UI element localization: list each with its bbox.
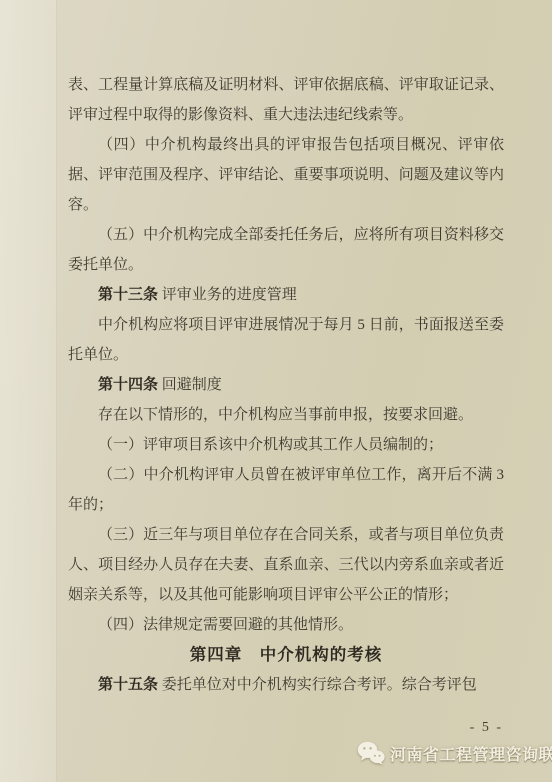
article-number-text: 第十四条 — [98, 376, 158, 393]
paragraph-text: 存在以下情形的，中介机构应当事前申报，按要求回避。 — [98, 407, 473, 423]
document-paragraph: 第十三条 评审业务的进度管理 — [68, 280, 504, 310]
document-paragraph: （四）法律规定需要回避的其他情形。 — [68, 610, 504, 640]
paragraph-text: （一）评审项目系该中介机构或其工作人员编制的； — [98, 437, 443, 453]
paragraph-text: 评审业务的进度管理 — [158, 287, 297, 303]
paragraph-text: （三）近三年与项目单位存在合同关系，或者与项目单位负责人、项目经办人员存在夫妻、… — [68, 527, 504, 603]
document-paragraph: 存在以下情形的，中介机构应当事前申报，按要求回避。 — [68, 400, 504, 430]
paragraph-text: 中介机构应将项目评审进展情况于每月 5 日前，书面报送至委托单位。 — [68, 317, 504, 363]
article-number-text: 第四章 中介机构的考核 — [190, 646, 383, 664]
paragraph-text: 表、工程量计算底稿及证明材料、评审依据底稿、评审取证记录、评审过程中取得的影像资… — [68, 77, 504, 123]
document-paragraph: （四）中介机构最终出具的评审报告包括项目概况、评审依据、评审范围及程序、评审结论… — [68, 130, 504, 220]
document-paragraph: 表、工程量计算底稿及证明材料、评审依据底稿、评审取证记录、评审过程中取得的影像资… — [68, 70, 504, 130]
document-paragraph: 第十五条 委托单位对中介机构实行综合考评。综合考评包 — [68, 670, 504, 700]
document-page: 表、工程量计算底稿及证明材料、评审依据底稿、评审取证记录、评审过程中取得的影像资… — [0, 0, 552, 782]
document-paragraph: （一）评审项目系该中介机构或其工作人员编制的； — [68, 430, 504, 460]
watermark: 河南省工程管理咨询联盟 — [357, 740, 552, 766]
watermark-text: 河南省工程管理咨询联盟 — [390, 742, 552, 765]
chapter-heading: 第四章 中介机构的考核 — [68, 640, 504, 670]
paragraph-text: 回避制度 — [158, 377, 222, 393]
article-number-text: 第十三条 — [98, 286, 158, 303]
paragraph-text: （四）法律规定需要回避的其他情形。 — [98, 617, 353, 633]
document-paragraph: 中介机构应将项目评审进展情况于每月 5 日前，书面报送至委托单位。 — [68, 310, 504, 370]
document-paragraph: （二）中介机构评审人员曾在被评审单位工作，离开后不满 3 年的； — [68, 460, 504, 520]
document-paragraph: 第十四条 回避制度 — [68, 370, 504, 400]
paragraph-text: （五）中介机构完成全部委托任务后，应将所有项目资料移交委托单位。 — [68, 227, 504, 273]
document-body: 表、工程量计算底稿及证明材料、评审依据底稿、评审取证记录、评审过程中取得的影像资… — [68, 70, 504, 700]
page-left-edge-shading — [0, 0, 57, 782]
document-paragraph: （三）近三年与项目单位存在合同关系，或者与项目单位负责人、项目经办人员存在夫妻、… — [68, 520, 504, 610]
article-number-text: 第十五条 — [98, 676, 158, 693]
wechat-icon — [357, 740, 385, 766]
paragraph-text: 委托单位对中介机构实行综合考评。综合考评包 — [158, 677, 477, 693]
page-number: - 5 - — [470, 720, 503, 736]
paragraph-text: （二）中介机构评审人员曾在被评审单位工作，离开后不满 3 年的； — [68, 467, 504, 513]
paragraph-text: （四）中介机构最终出具的评审报告包括项目概况、评审依据、评审范围及程序、评审结论… — [68, 137, 504, 213]
document-paragraph: （五）中介机构完成全部委托任务后，应将所有项目资料移交委托单位。 — [68, 220, 504, 280]
